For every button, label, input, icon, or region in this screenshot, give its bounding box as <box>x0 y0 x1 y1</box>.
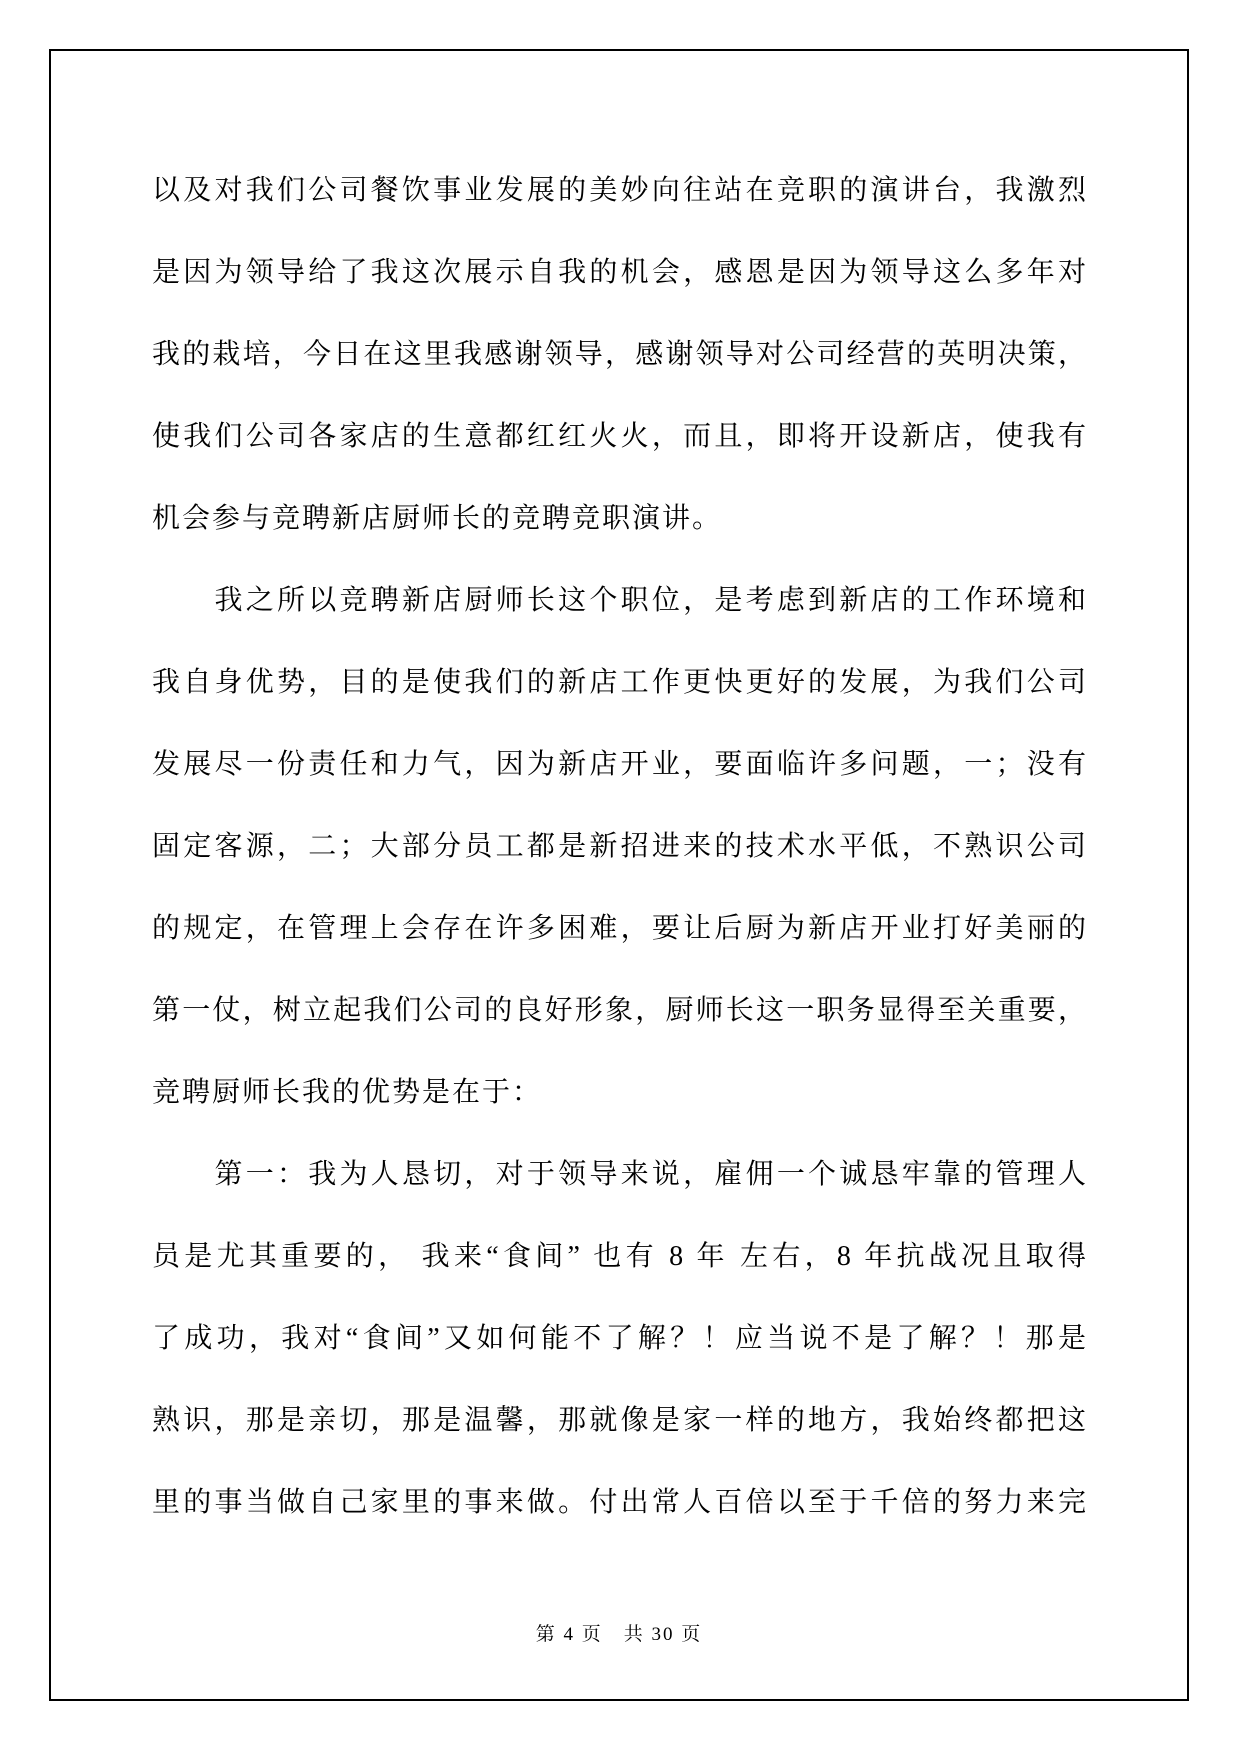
text-line: 第一仗，树立起我们公司的良好形象，厨师长这一职务显得至关重要， <box>152 970 1088 1052</box>
text-line: 机会参与竞聘新店厨师长的竞聘竞职演讲。 <box>152 478 1088 560</box>
paragraph: 第一：我为人恳切，对于领导来说，雇佣一个诚恳牢靠的管理人 员是尤其重要的， 我来… <box>152 1134 1088 1544</box>
text-line: 里的事当做自己家里的事来做。付出常人百倍以至于千倍的努力来完 <box>152 1462 1088 1544</box>
document-text: 以及对我们公司餐饮事业发展的美妙向往站在竞职的演讲台，我激烈 是因为领导给了我这… <box>152 150 1088 1544</box>
text-line: 第一：我为人恳切，对于领导来说，雇佣一个诚恳牢靠的管理人 <box>152 1134 1088 1216</box>
text-line: 竞聘厨师长我的优势是在于： <box>152 1052 1088 1134</box>
text-line: 我自身优势，目的是使我们的新店工作更快更好的发展，为我们公司 <box>152 642 1088 724</box>
text-line: 员是尤其重要的， 我来“食间” 也有 8 年 左右，8 年抗战况且取得 <box>152 1216 1088 1298</box>
text-line: 我之所以竞聘新店厨师长这个职位，是考虑到新店的工作环境和 <box>152 560 1088 642</box>
text-line: 了成功，我对“食间”又如何能不了解？！应当说不是了解？！那是 <box>152 1298 1088 1380</box>
page-number-text: 第 4 页 共 30 页 <box>536 1624 703 1645</box>
paragraph: 以及对我们公司餐饮事业发展的美妙向往站在竞职的演讲台，我激烈 是因为领导给了我这… <box>152 150 1088 560</box>
text-line: 熟识，那是亲切，那是温馨，那就像是家一样的地方，我始终都把这 <box>152 1380 1088 1462</box>
page-footer: 第 4 页 共 30 页 <box>49 1620 1189 1650</box>
text-line: 的规定，在管理上会存在许多困难，要让后厨为新店开业打好美丽的 <box>152 888 1088 970</box>
text-line: 发展尽一份责任和力气，因为新店开业，要面临许多问题，一；没有 <box>152 724 1088 806</box>
text-line: 我的栽培，今日在这里我感谢领导，感谢领导对公司经营的英明决策， <box>152 314 1088 396</box>
paragraph: 我之所以竞聘新店厨师长这个职位，是考虑到新店的工作环境和 我自身优势，目的是使我… <box>152 560 1088 1134</box>
text-line: 固定客源，二；大部分员工都是新招进来的技术水平低，不熟识公司 <box>152 806 1088 888</box>
text-line: 以及对我们公司餐饮事业发展的美妙向往站在竞职的演讲台，我激烈 <box>152 150 1088 232</box>
document-page: 以及对我们公司餐饮事业发展的美妙向往站在竞职的演讲台，我激烈 是因为领导给了我这… <box>0 0 1241 1754</box>
text-line: 使我们公司各家店的生意都红红火火，而且，即将开设新店，使我有 <box>152 396 1088 478</box>
text-line: 是因为领导给了我这次展示自我的机会，感恩是因为领导这么多年对 <box>152 232 1088 314</box>
